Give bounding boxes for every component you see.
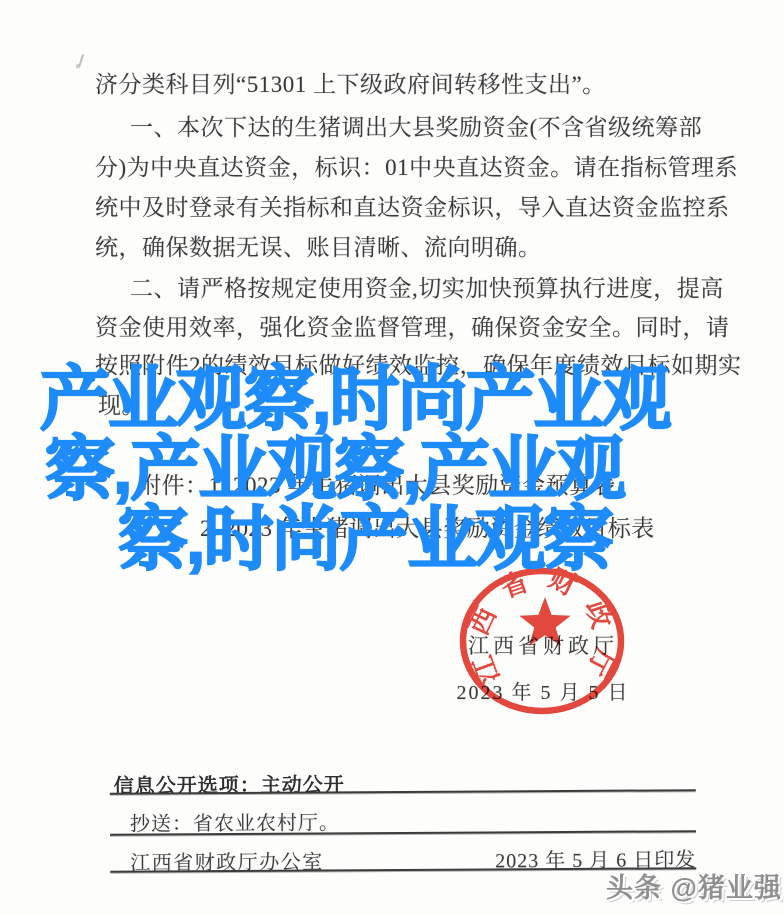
official-seal: 江西省财政厅 bbox=[455, 563, 630, 719]
seal-star-icon bbox=[519, 597, 570, 646]
scanned-document-page: 济分类科目列“51301 上下级政府间转移性支出”。 一、本次下达的生猪调出大县… bbox=[0, 0, 784, 915]
document-footer: 信息公开选项：主动公开 抄送：省农业农村厅。 江西省财政厅办公室 2023 年 … bbox=[0, 0, 784, 915]
toutiao-account-watermark: 头条 @猪业强国 bbox=[606, 866, 784, 905]
